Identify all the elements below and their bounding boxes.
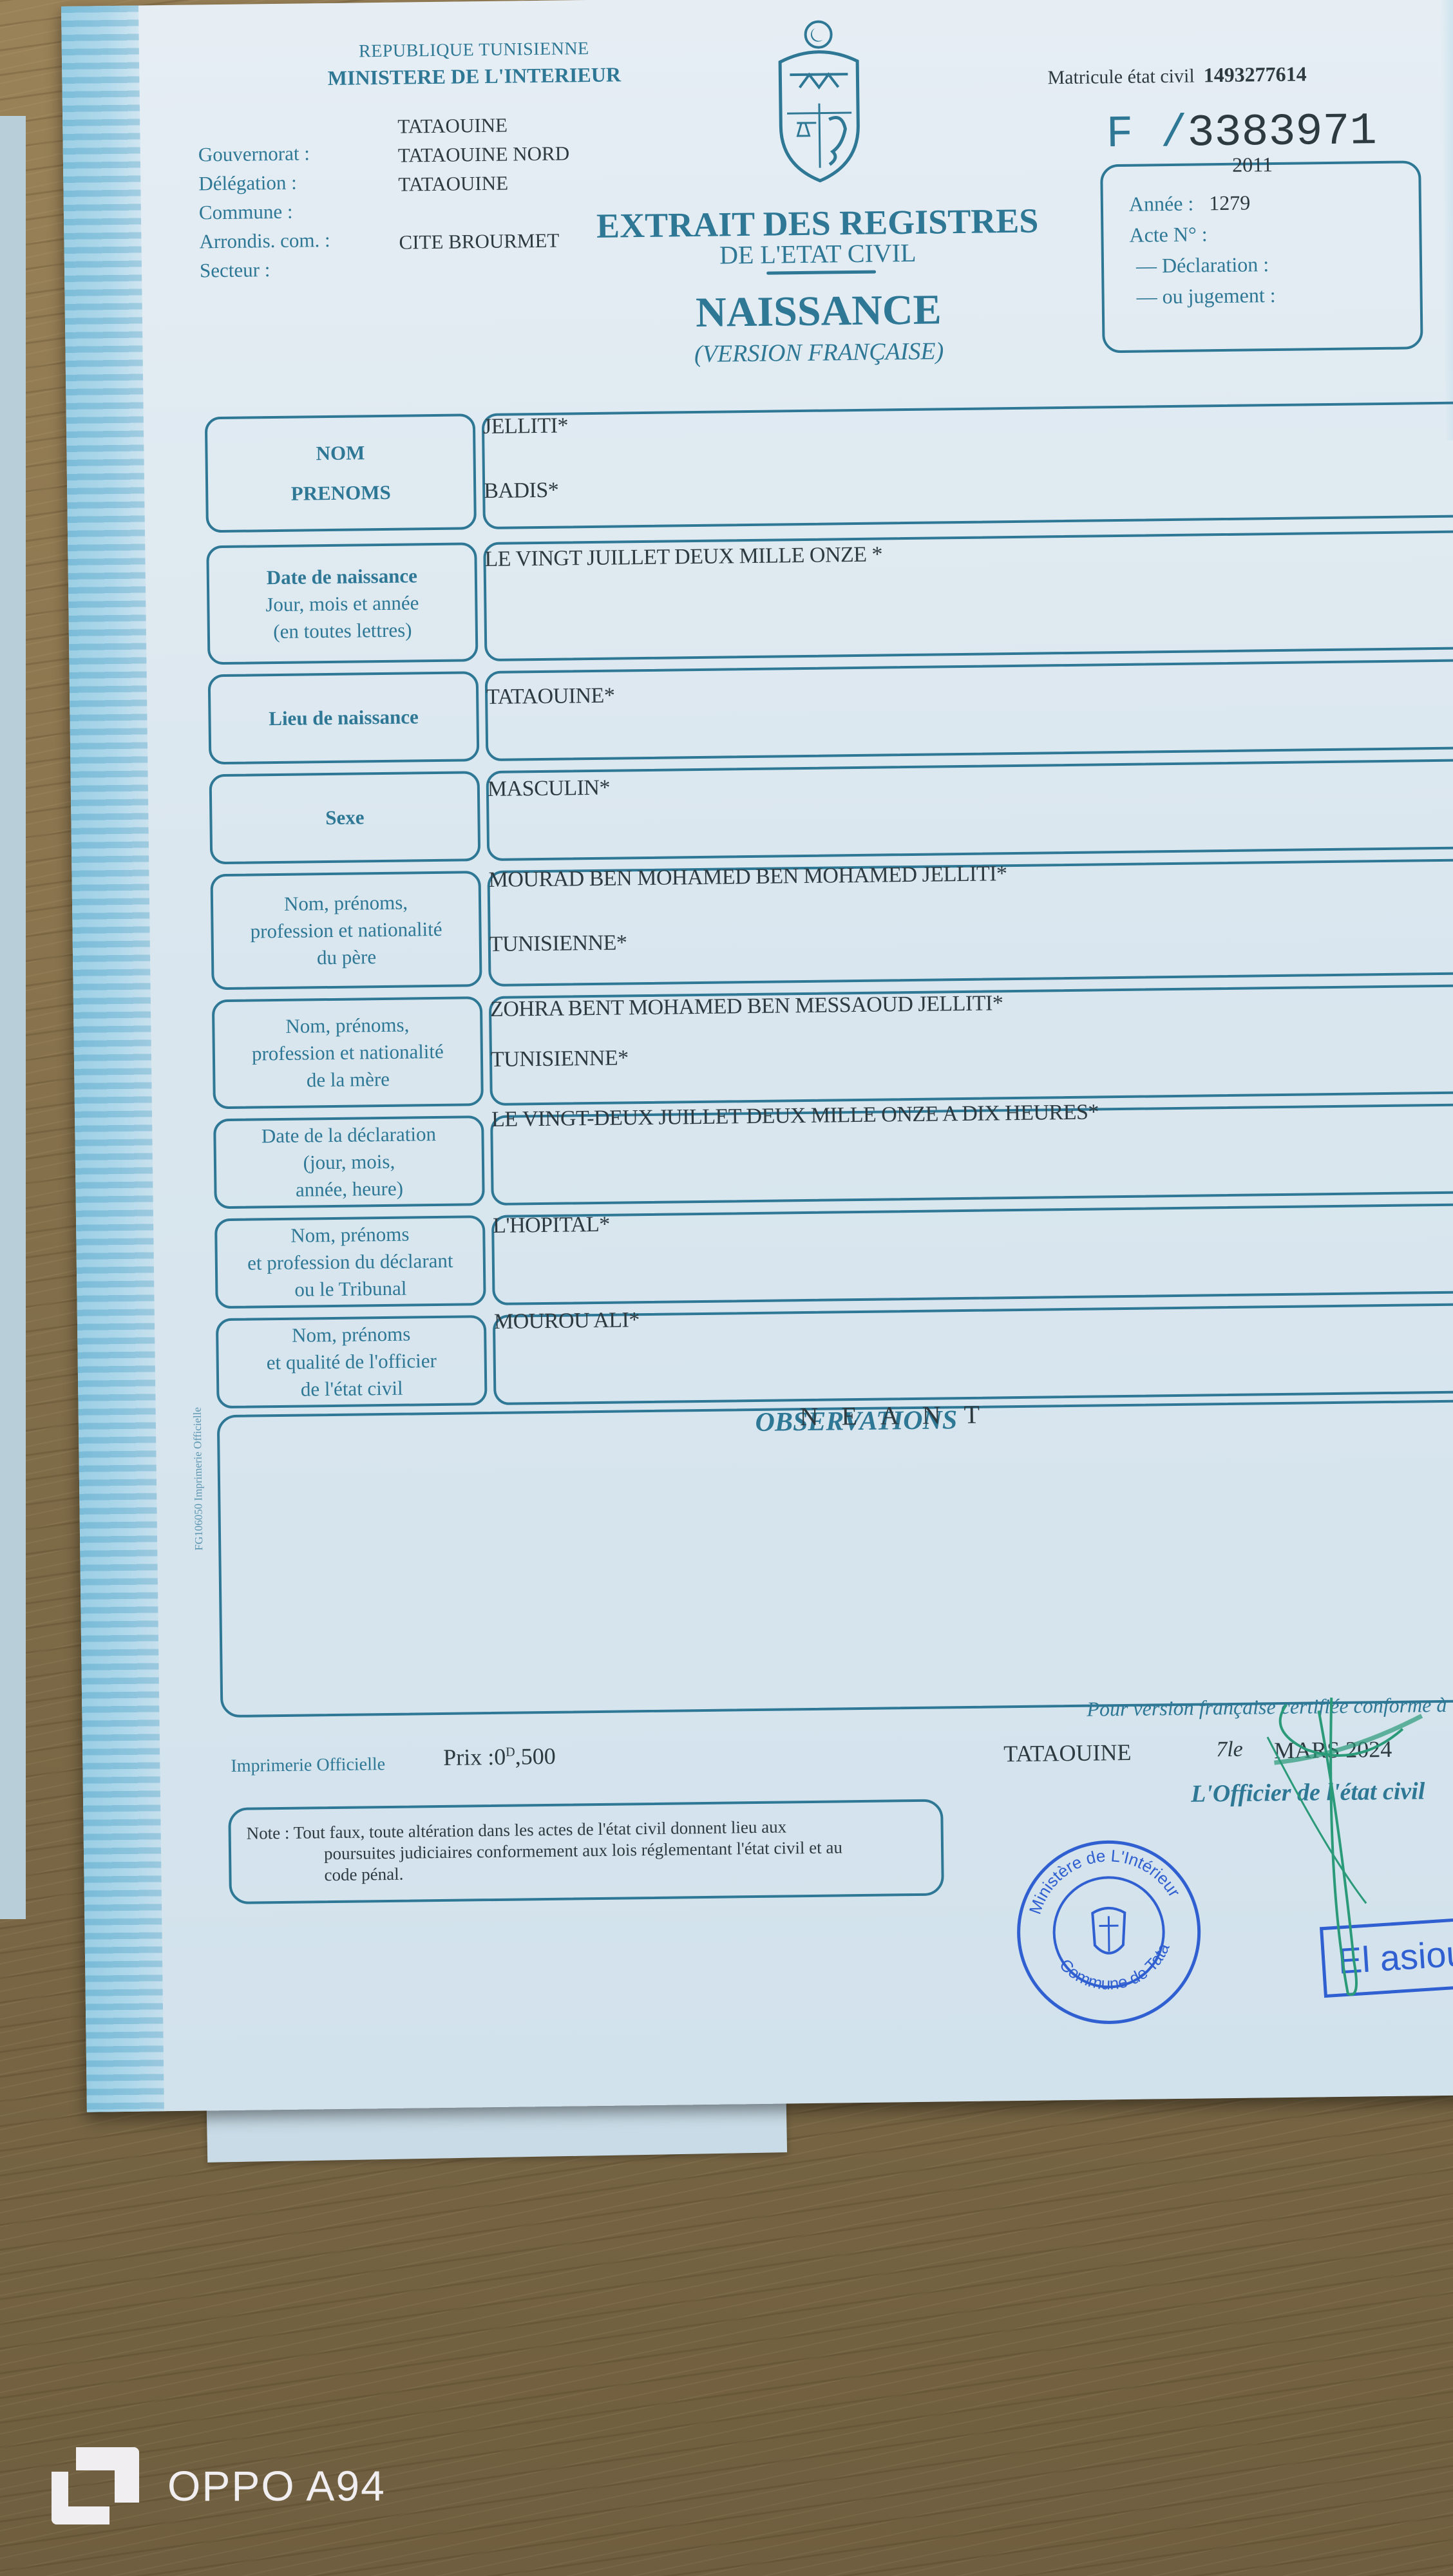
label-line: ou le Tribunal — [294, 1275, 406, 1303]
label-line: Lieu de naissance — [269, 703, 419, 732]
row-date-declaration: Date de la déclaration (jour, mois, anné… — [213, 1103, 1453, 1209]
jugement-label: — ou jugement : — [1136, 283, 1275, 309]
label-line: profession et nationalité — [250, 916, 442, 945]
round-official-stamp-icon: Ministère de L'Intérieur Commune de Tata… — [1011, 1835, 1207, 2031]
label-arrondissement: Arrondis. com. : — [199, 225, 330, 256]
value-commune — [399, 196, 571, 227]
title-naissance: NAISSANCE — [593, 284, 1044, 339]
row-nom-prenoms: NOM PRENOMS JELLITI* BADIS* — [205, 401, 1453, 533]
imprimerie-label: Imprimerie Officielle — [231, 1754, 385, 1777]
legal-note: Note : Tout faux, toute altération dans … — [228, 1799, 944, 1904]
matricule-value: 1493277614 — [1203, 62, 1306, 86]
security-border-left — [61, 6, 164, 2112]
label-date-naissance: Date de naissance Jour, mois et année (e… — [206, 542, 478, 665]
matricule-field: Matricule état civil1493277614 — [1047, 62, 1307, 89]
coat-of-arms-icon — [760, 16, 878, 185]
label-line: NOM — [316, 439, 365, 467]
row-date-naissance: Date de naissance Jour, mois et année (e… — [206, 530, 1453, 665]
label-sexe: Sexe — [209, 771, 481, 864]
label-line: de l'état civil — [301, 1375, 403, 1403]
serial-number: F /3383971 — [1106, 106, 1377, 160]
value-gouvernorat: TATAOUINE NORD — [398, 138, 570, 169]
serial-value: 3383971 — [1187, 106, 1377, 160]
acte-number-label: Acte N° : — [1129, 222, 1208, 247]
title-divider — [766, 270, 876, 275]
label-declarant: Nom, prénoms et profession du déclarant … — [214, 1215, 486, 1309]
oppo-camera-logo-icon — [52, 2447, 142, 2524]
row-sexe: Sexe MASCULIN* — [209, 759, 1453, 864]
camera-watermark: OPPO A94 — [52, 2447, 386, 2524]
serial-prefix: F / — [1106, 109, 1188, 161]
label-line: Date de la déclaration — [261, 1121, 437, 1150]
title-version: (VERSION FRANÇAISE) — [593, 336, 1044, 370]
administrative-labels: Gouvernorat : Délégation : Commune : Arr… — [198, 138, 331, 285]
label-gouvernorat: Gouvernorat : — [198, 138, 330, 169]
annee-field: Année :1279 — [1129, 191, 1251, 216]
acte-info-box: Année :1279 Acte N° : — Déclaration : — … — [1100, 160, 1423, 353]
ministry-heading: MINISTERE DE L'INTERIEUR — [274, 62, 674, 91]
price-value: ,500 — [515, 1743, 555, 1770]
device-name: OPPO A94 — [167, 2461, 386, 2510]
row-declarant: Nom, prénoms et profession du déclarant … — [214, 1203, 1453, 1309]
label-line: (jour, mois, — [303, 1148, 395, 1177]
value-cell — [491, 1203, 1453, 1305]
label-lieu-naissance: Lieu de naissance — [208, 671, 480, 764]
label-line: Nom, prénoms — [290, 1221, 410, 1249]
value-mere-nationalite: TUNISIENNE* — [491, 1046, 629, 1072]
label-line: année, heure) — [296, 1175, 403, 1204]
label-secteur: Secteur : — [200, 254, 331, 285]
matricule-label: Matricule état civil — [1047, 66, 1195, 89]
value-date-naissance: LE VINGT JUILLET DEUX MILLE ONZE * — [484, 542, 882, 572]
label-commune: Commune : — [199, 196, 330, 227]
observations-box: OBSERVATIONS NEANT — [217, 1399, 1453, 1718]
annee-label: Année : — [1129, 192, 1194, 216]
label-line: Sexe — [325, 804, 365, 831]
label-line: Date de naissance — [266, 562, 417, 591]
label-nom-prenoms: NOM PRENOMS — [205, 413, 477, 533]
value-cell — [486, 759, 1453, 861]
row-pere: Nom, prénoms, profession et nationalité … — [210, 858, 1453, 990]
label-line: Nom, prénoms — [292, 1321, 411, 1349]
administrative-values: TATAOUINE TATAOUINE NORD TATAOUINE CITE … — [397, 109, 571, 256]
value-cell — [485, 659, 1453, 761]
declaration-label: — Déclaration : — [1136, 252, 1269, 278]
svg-text:Ministère de L'Intérieur: Ministère de L'Intérieur — [1024, 1845, 1184, 1917]
value-nom: JELLITI* — [483, 413, 568, 439]
label-line: (en toutes lettres) — [273, 616, 412, 645]
price-label: Prix :0 — [443, 1744, 506, 1770]
value-line-1: TATAOUINE — [397, 109, 569, 140]
title-etat-civil: DE L'ETAT CIVIL — [593, 236, 1044, 272]
row-mere: Nom, prénoms, profession et nationalité … — [212, 984, 1453, 1109]
label-officier: Nom, prénoms et qualité de l'officier de… — [216, 1315, 488, 1408]
label-line: du père — [317, 943, 377, 971]
label-line: et qualité de l'officier — [266, 1347, 437, 1376]
label-line: PRENOMS — [291, 479, 392, 507]
label-mere: Nom, prénoms, profession et nationalité … — [212, 996, 484, 1109]
row-lieu-naissance: Lieu de naissance TATAOUINE* — [208, 659, 1453, 764]
value-sexe: MASCULIN* — [488, 776, 611, 802]
security-border-right — [1439, 0, 1453, 440]
label-delegation: Délégation : — [198, 167, 330, 198]
issue-place: TATAOUINE — [1003, 1739, 1132, 1767]
price: Prix :0D,500 — [443, 1743, 556, 1771]
value-declarant: L'HOPITAL* — [493, 1213, 610, 1238]
label-line: de la mère — [307, 1066, 390, 1094]
republic-heading: REPUBLIQUE TUNISIENNE — [307, 38, 641, 62]
label-line: profession et nationalité — [252, 1038, 444, 1068]
annee-value: 1279 — [1209, 191, 1250, 214]
handwritten-signature-icon — [1228, 1689, 1453, 2027]
label-line: et profession du déclarant — [247, 1247, 453, 1277]
printed-year: 2011 — [1232, 153, 1273, 177]
stamp-top-text: Ministère de L'Intérieur — [1024, 1845, 1184, 1917]
value-prenoms: BADIS* — [484, 478, 558, 504]
underlying-sheet-edge — [0, 116, 26, 1919]
value-pere-nationalite: TUNISIENNE* — [489, 931, 627, 957]
row-officier: Nom, prénoms et qualité de l'officier de… — [216, 1303, 1453, 1408]
value-officier: MOUROU ALI* — [494, 1308, 640, 1334]
value-cell — [482, 401, 1453, 529]
label-pere: Nom, prénoms, profession et nationalité … — [210, 871, 482, 990]
value-arrondissement: CITE BROURMET — [399, 225, 571, 256]
label-line: Nom, prénoms, — [284, 889, 408, 918]
printer-reference: FG106050 Imprimerie Officielle — [191, 1407, 206, 1551]
label-line: Jour, mois et année — [265, 589, 419, 618]
birth-certificate-document: REPUBLIQUE TUNISIENNE MINISTERE DE L'INT… — [61, 0, 1453, 2112]
label-date-declaration: Date de la déclaration (jour, mois, anné… — [213, 1115, 485, 1209]
value-delegation: TATAOUINE — [398, 167, 570, 198]
label-line: Nom, prénoms, — [285, 1012, 410, 1040]
value-lieu-naissance: TATAOUINE* — [486, 684, 615, 710]
price-currency: D — [506, 1745, 515, 1759]
